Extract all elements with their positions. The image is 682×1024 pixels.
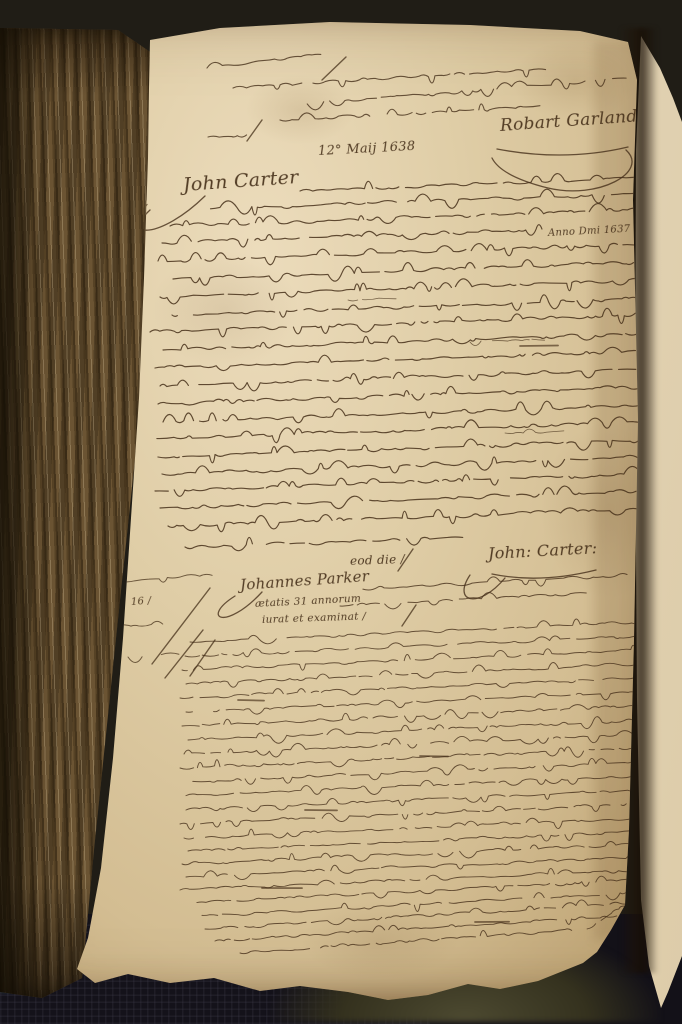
same-day-heading: eod die /	[350, 552, 405, 568]
strike-mark	[520, 344, 558, 347]
handwriting-line	[202, 888, 626, 923]
handwriting-line	[160, 272, 646, 304]
pen-flourish	[492, 570, 596, 578]
handwriting-line	[184, 812, 645, 845]
handwriting-line	[186, 658, 634, 689]
handwriting-line	[193, 757, 633, 788]
handwriting-line	[162, 223, 542, 250]
handwriting-line	[185, 632, 637, 659]
pen-flourish	[497, 147, 628, 155]
handwriting-line	[188, 830, 633, 857]
pen-slash	[190, 640, 215, 676]
handwriting-line	[300, 170, 637, 192]
handwriting-line	[340, 587, 590, 611]
handwriting-line	[186, 852, 640, 882]
pen-slash	[402, 605, 416, 626]
strike-mark	[305, 809, 337, 812]
handwriting-line	[155, 466, 642, 497]
handwriting-line	[188, 715, 635, 747]
manuscript-photo: Robart Garland 12° Maij 1638 16 John Car…	[0, 0, 682, 1024]
strike-mark	[262, 887, 302, 890]
pen-slash	[152, 588, 210, 664]
pen-slash	[322, 57, 346, 80]
handwriting-line	[186, 689, 636, 718]
handwriting-line	[158, 433, 638, 465]
pen-slash	[247, 120, 262, 141]
handwriting-line	[158, 380, 641, 409]
strike-mark	[238, 699, 264, 701]
handwriting-line	[206, 49, 320, 69]
handwriting-line	[186, 771, 634, 802]
handwriting-line	[182, 701, 637, 733]
handwriting-line	[168, 502, 641, 533]
handwriting-line	[155, 344, 636, 373]
handwriting-line	[185, 530, 463, 553]
handwriting-line	[348, 298, 396, 302]
handwriting-line	[162, 450, 639, 481]
handwriting-line	[197, 875, 632, 908]
handwriting-line	[163, 327, 640, 355]
handwriting-line	[208, 135, 247, 138]
margin-folio-mark: 16 /	[131, 596, 152, 608]
handwriting-line	[363, 570, 628, 596]
handwriting-line	[307, 73, 627, 111]
handwriting-line	[233, 67, 546, 95]
pen-flourish	[492, 150, 632, 191]
handwriting-line	[505, 428, 564, 434]
handwriting-line	[157, 414, 651, 447]
handwriting-line	[180, 865, 635, 892]
handwriting-line	[180, 673, 639, 703]
handwriting-line	[190, 616, 639, 647]
handwriting-line	[186, 785, 643, 815]
handwriting-line	[205, 897, 631, 933]
pen-flourish	[464, 575, 505, 599]
handwriting-line	[182, 839, 633, 871]
handwriting-line	[158, 237, 646, 269]
handwriting-line	[184, 728, 634, 761]
handwriting-line	[180, 800, 635, 830]
handwriting-line	[182, 644, 636, 675]
